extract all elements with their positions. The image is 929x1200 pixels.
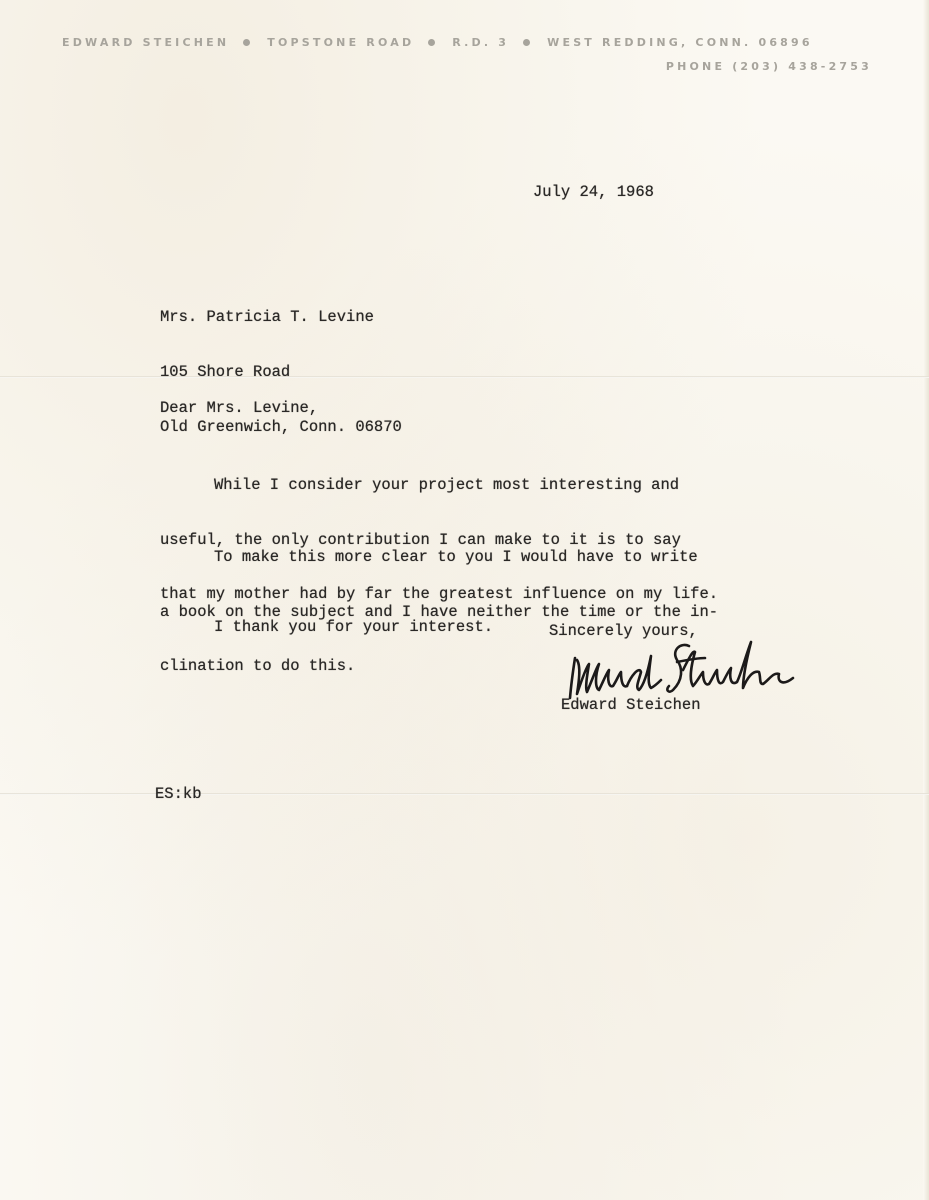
body-paragraph: I thank you for your interest. — [160, 582, 493, 672]
letterhead-town: WEST REDDING, CONN. 06896 — [547, 36, 813, 49]
recipient-name: Mrs. Patricia T. Levine — [160, 308, 402, 327]
fold-crease — [0, 793, 929, 795]
letter-page: EDWARD STEICHEN TOPSTONE ROAD R.D. 3 WES… — [0, 0, 929, 1200]
bullet-icon — [523, 39, 530, 46]
signer-name: Edward Steichen — [561, 696, 701, 714]
letterhead-address-line: EDWARD STEICHEN TOPSTONE ROAD R.D. 3 WES… — [62, 36, 872, 49]
paper-edge — [923, 0, 929, 1200]
salutation: Dear Mrs. Levine, — [160, 399, 318, 417]
letterhead-name: EDWARD STEICHEN — [62, 36, 229, 49]
letterhead: EDWARD STEICHEN TOPSTONE ROAD R.D. 3 WES… — [62, 36, 872, 73]
bullet-icon — [243, 39, 250, 46]
body-line: I thank you for your interest. — [160, 618, 493, 636]
letter-date: July 24, 1968 — [533, 183, 654, 201]
fold-crease — [0, 376, 929, 378]
recipient-street: 105 Shore Road — [160, 363, 402, 382]
body-line: While I consider your project most inter… — [160, 476, 718, 495]
body-line: To make this more clear to you I would h… — [160, 548, 718, 567]
letterhead-phone: PHONE (203) 438-2753 — [62, 60, 872, 73]
recipient-city: Old Greenwich, Conn. 06870 — [160, 418, 402, 437]
reference-initials: ES:kb — [155, 785, 202, 803]
letterhead-road: TOPSTONE ROAD — [267, 36, 414, 49]
letterhead-rd: R.D. 3 — [452, 36, 509, 49]
bullet-icon — [428, 39, 435, 46]
